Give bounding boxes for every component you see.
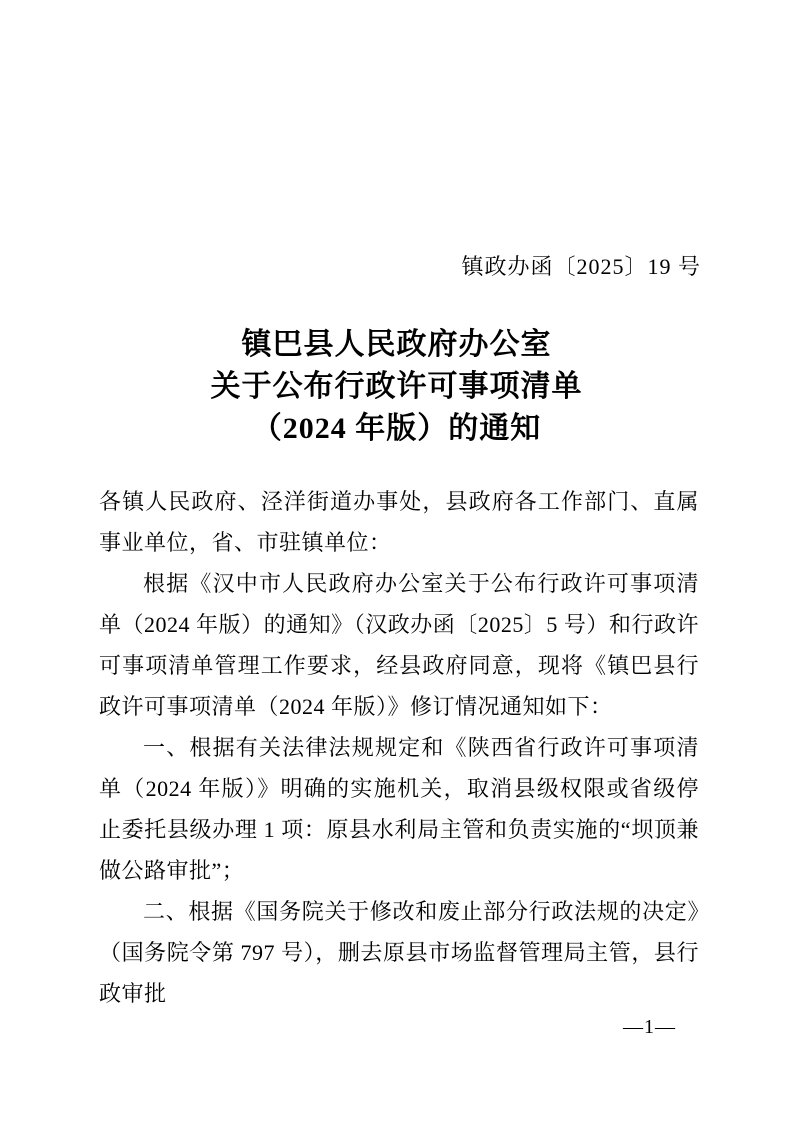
item-1-paragraph: 一、根据有关法律法规规定和《陕西省行政许可事项清单（2024 年版）》明确的实施… bbox=[99, 727, 699, 891]
document-title: 镇巴县人民政府办公室 关于公布行政许可事项清单 （2024 年版）的通知 bbox=[0, 324, 793, 450]
title-line-2: 关于公布行政许可事项清单 bbox=[0, 366, 793, 408]
item-2-paragraph: 二、根据《国务院关于修改和废止部分行政法规的决定》（国务院令第 797 号），删… bbox=[99, 891, 699, 1014]
document-number: 镇政办函〔2025〕19 号 bbox=[461, 250, 701, 281]
title-line-1: 镇巴县人民政府办公室 bbox=[0, 324, 793, 366]
intro-paragraph: 根据《汉中市人民政府办公室关于公布行政许可事项清单（2024 年版）的通知》（汉… bbox=[99, 563, 699, 727]
document-body: 各镇人民政府、泾洋街道办事处，县政府各工作部门、直属事业单位，省、市驻镇单位： … bbox=[99, 481, 699, 1014]
title-line-3: （2024 年版）的通知 bbox=[0, 408, 793, 450]
salutation-paragraph: 各镇人民政府、泾洋街道办事处，县政府各工作部门、直属事业单位，省、市驻镇单位： bbox=[99, 481, 699, 563]
page-number: —1— bbox=[623, 1016, 676, 1039]
document-page: 镇政办函〔2025〕19 号 镇巴县人民政府办公室 关于公布行政许可事项清单 （… bbox=[0, 0, 793, 1122]
